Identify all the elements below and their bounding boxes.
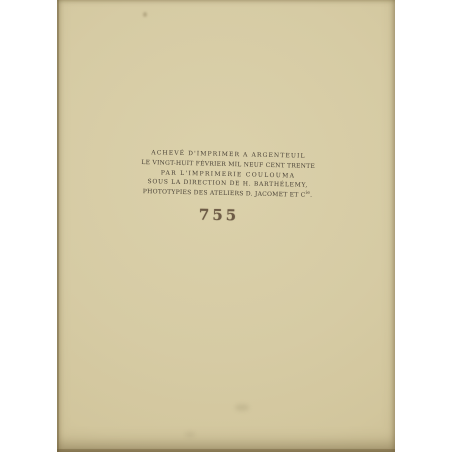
page-left-edge-shadow — [57, 0, 59, 452]
paper-smudge — [235, 404, 249, 411]
colophon-line-5-period: . — [310, 192, 312, 199]
colophon-line-5-main: PHOTOTYPIES DES ATELIERS D. JACOMET ET C — [143, 188, 306, 199]
paper-speck — [143, 12, 147, 17]
paper-smudge — [185, 432, 195, 437]
scanned-page-image: ACHEVÉ D'IMPRIMER A ARGENTEUIL LE VINGT-… — [0, 0, 452, 452]
book-page: ACHEVÉ D'IMPRIMER A ARGENTEUIL LE VINGT-… — [57, 0, 395, 452]
colophon-text-block: ACHEVÉ D'IMPRIMER A ARGENTEUIL LE VINGT-… — [67, 146, 388, 202]
copy-number-stamp: 755 — [50, 203, 388, 227]
